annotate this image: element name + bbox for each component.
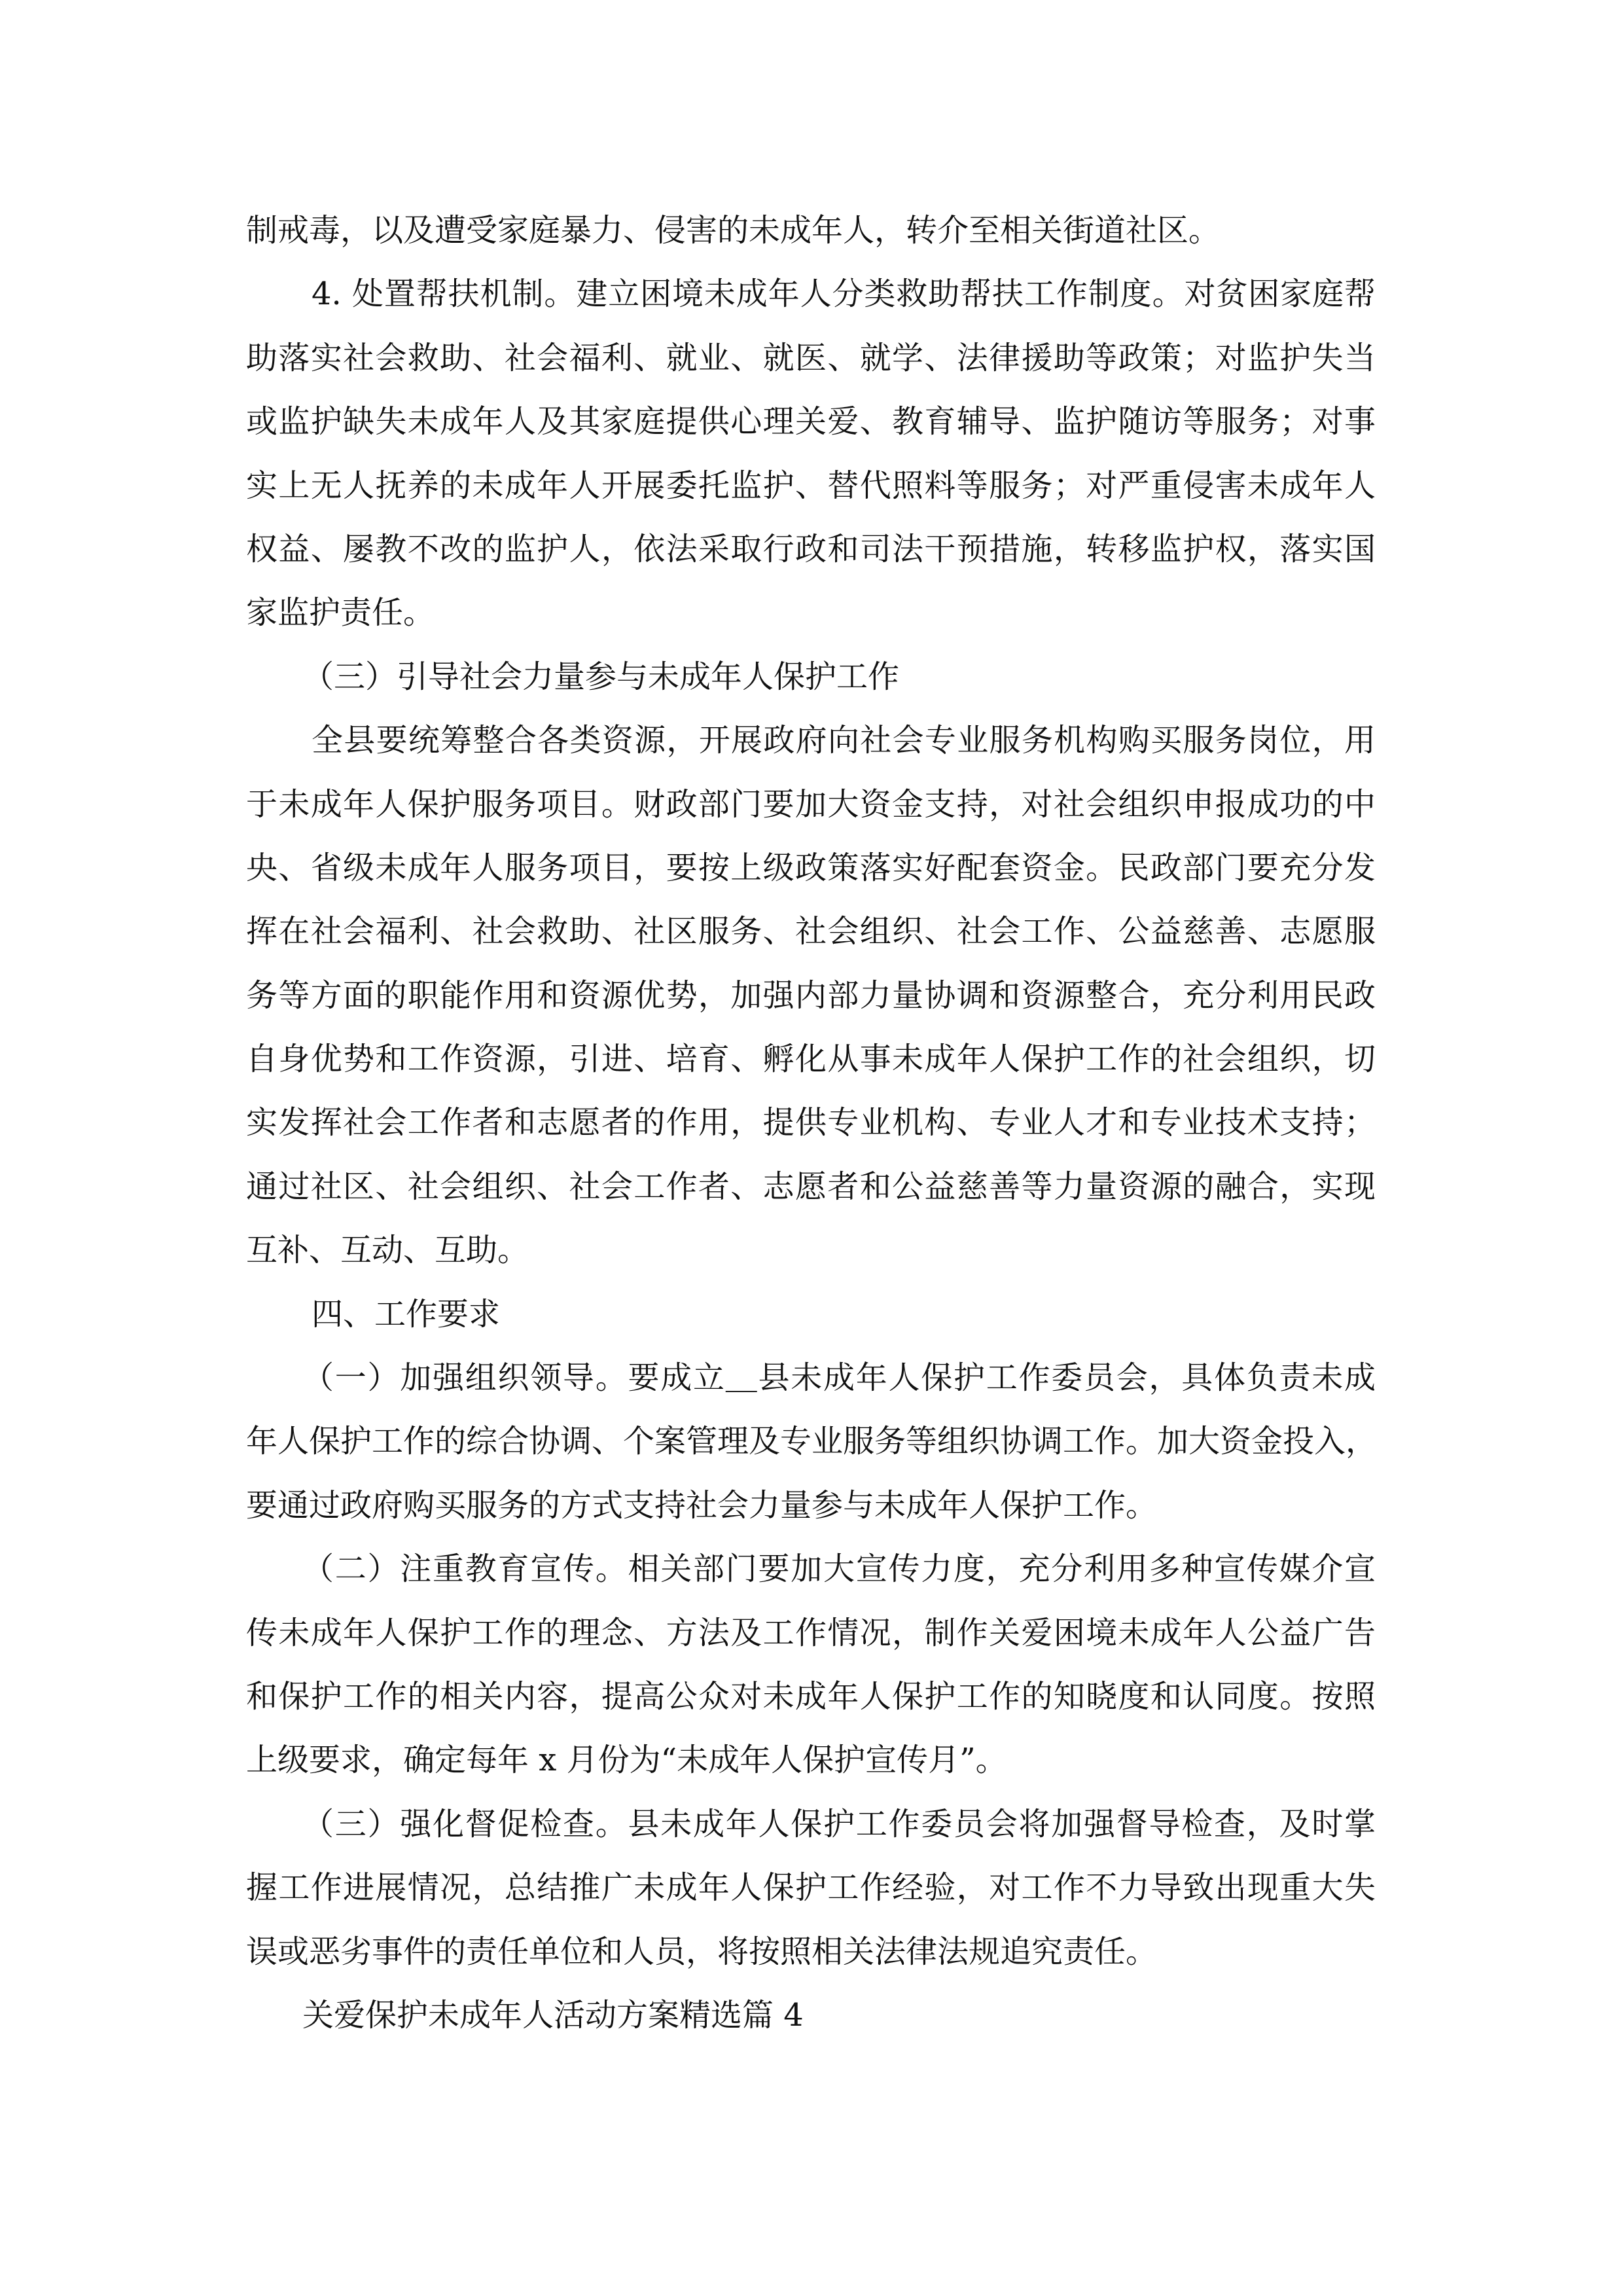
text-line: 通过社区、社会组织、社会工作者、志愿者和公益慈善等力量资源的融合，实现 (246, 1163, 1376, 1227)
text-line: （二）注重教育宣传。相关部门要加大宣传力度，充分利用多种宣传媒介宣 (246, 1545, 1376, 1609)
text-line: 务等方面的职能作用和资源优势，加强内部力量协调和资源整合，充分利用民政 (246, 972, 1376, 1035)
text-line: 自身优势和工作资源，引进、培育、孵化从事未成年人保护工作的社会组织，切 (246, 1035, 1376, 1099)
paragraph-continuation: 制戒毒，以及遭受家庭暴力、侵害的未成年人，转介至相关街道社区。 (246, 207, 1376, 270)
text-line: 误或恶劣事件的责任单位和人员，将按照相关法律法规追究责任。 (246, 1928, 1376, 1992)
text-line: 助落实社会救助、社会福利、就业、就医、就学、法律援助等政策；对监护失当 (246, 334, 1376, 398)
text-line: 年人保护工作的综合协调、个案管理及专业服务等组织协调工作。加大资金投入， (246, 1418, 1376, 1481)
text-line: 实发挥社会工作者和志愿者的作用，提供专业机构、专业人才和专业技术支持； (246, 1099, 1376, 1162)
paragraph-supervision: （三）强化督促检查。县未成年人保护工作委员会将加强督导检查，及时掌 握工作进展情… (246, 1801, 1376, 1992)
article-title-next: 关爱保护未成年人活动方案精选篇 4 (246, 1992, 1376, 2055)
text-line: 全县要统筹整合各类资源，开展政府向社会专业服务机构购买服务岗位，用 (246, 717, 1376, 780)
text-line: 权益、屡教不改的监护人，依法采取行政和司法干预措施，转移监护权，落实国 (246, 526, 1376, 589)
text-line: 握工作进展情况，总结推广未成年人保护工作经验，对工作不力导致出现重大失 (246, 1864, 1376, 1928)
text-line: 4. 处置帮扶机制。建立困境未成年人分类救助帮扶工作制度。对贫困家庭帮 (246, 270, 1376, 334)
text-line: 于未成年人保护服务项目。财政部门要加大资金支持，对社会组织申报成功的中 (246, 781, 1376, 844)
heading-text: 四、工作要求 (246, 1291, 1376, 1354)
section-heading-social-forces: （三）引导社会力量参与未成年人保护工作 (246, 653, 1376, 717)
text-line: 制戒毒，以及遭受家庭暴力、侵害的未成年人，转介至相关街道社区。 (246, 207, 1376, 270)
text-line: 或监护缺失未成年人及其家庭提供心理关爱、教育辅导、监护随访等服务；对事 (246, 398, 1376, 461)
text-line: 互补、互动、互助。 (246, 1227, 1376, 1290)
text-line: 传未成年人保护工作的理念、方法及工作情况，制作关爱困境未成年人公益广告 (246, 1609, 1376, 1673)
heading-text: （三）引导社会力量参与未成年人保护工作 (246, 653, 1376, 717)
text-line: 要通过政府购买服务的方式支持社会力量参与未成年人保护工作。 (246, 1482, 1376, 1545)
text-line: （三）强化督促检查。县未成年人保护工作委员会将加强督导检查，及时掌 (246, 1801, 1376, 1864)
part-heading-work-requirements: 四、工作要求 (246, 1291, 1376, 1354)
text-line: （一）加强组织领导。要成立＿县未成年人保护工作委员会，具体负责未成 (246, 1354, 1376, 1418)
heading-text: 关爱保护未成年人活动方案精选篇 4 (246, 1992, 1376, 2055)
text-line: 上级要求，确定每年 x 月份为“未成年人保护宣传月”。 (246, 1736, 1376, 1800)
text-line: 家监护责任。 (246, 589, 1376, 653)
text-line: 和保护工作的相关内容，提高公众对未成年人保护工作的知晓度和认同度。按照 (246, 1673, 1376, 1736)
text-line: 挥在社会福利、社会救助、社区服务、社会组织、社会工作、公益慈善、志愿服 (246, 908, 1376, 971)
paragraph-disposal-assistance: 4. 处置帮扶机制。建立困境未成年人分类救助帮扶工作制度。对贫困家庭帮 助落实社… (246, 270, 1376, 653)
paragraph-social-forces: 全县要统筹整合各类资源，开展政府向社会专业服务机构购买服务岗位，用 于未成年人保… (246, 717, 1376, 1291)
text-line: 央、省级未成年人服务项目，要按上级政策落实好配套资金。民政部门要充分发 (246, 844, 1376, 908)
paragraph-publicity: （二）注重教育宣传。相关部门要加大宣传力度，充分利用多种宣传媒介宣 传未成年人保… (246, 1545, 1376, 1801)
paragraph-organization: （一）加强组织领导。要成立＿县未成年人保护工作委员会，具体负责未成 年人保护工作… (246, 1354, 1376, 1545)
document-page: 制戒毒，以及遭受家庭暴力、侵害的未成年人，转介至相关街道社区。 4. 处置帮扶机… (246, 207, 1376, 2055)
text-line: 实上无人抚养的未成年人开展委托监护、替代照料等服务；对严重侵害未成年人 (246, 462, 1376, 526)
